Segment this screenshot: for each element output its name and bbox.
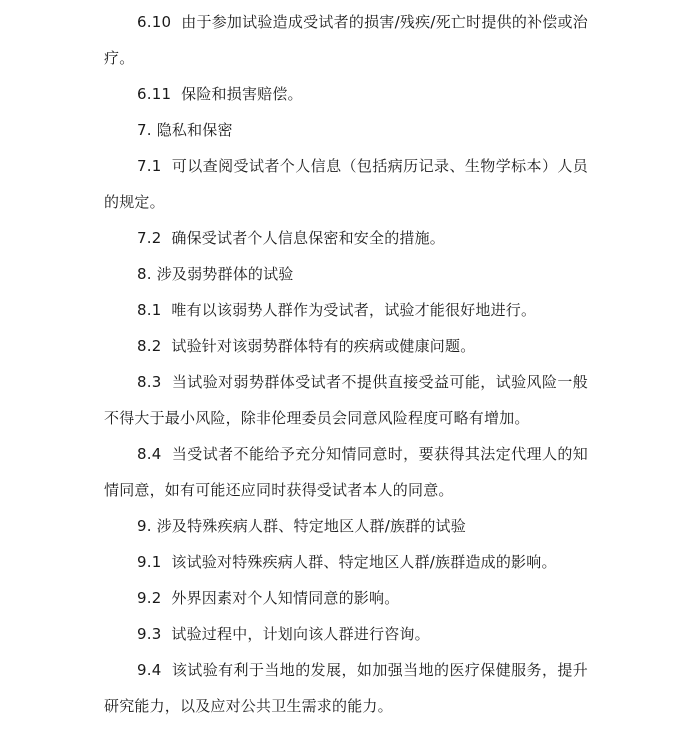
clause-text: 确保受试者个人信息保密和安全的措施。 [171,229,445,247]
clause-text: 该试验对特殊疾病人群、特定地区人群/族群造成的影响。 [171,553,556,571]
clause-number: 9.1 [137,553,161,571]
section-title: 涉及特殊疾病人群、特定地区人群/族群的试验 [157,517,466,535]
clause-8-1: 8.1 唯有以该弱势人群作为受试者，试验才能很好地进行。 [104,292,588,328]
document-page: 6.10 由于参加试验造成受试者的损害/残疾/死亡时提供的补偿或治疗。 6.11… [104,4,588,724]
clause-text: 试验过程中，计划向该人群进行咨询。 [171,625,429,643]
clause-number: 8.4 [137,445,161,463]
clause-7-2: 7.2 确保受试者个人信息保密和安全的措施。 [104,220,588,256]
clause-9-3: 9.3 试验过程中，计划向该人群进行咨询。 [104,616,588,652]
clause-8-3: 8.3 当试验对弱势群体受试者不提供直接受益可能，试验风险一般不得大于最小风险，… [104,364,588,436]
clause-number: 7.2 [137,229,161,247]
clause-7-1: 7.1 可以查阅受试者个人信息（包括病历记录、生物学标本）人员的规定。 [104,148,588,220]
clause-text: 保险和损害赔偿。 [181,85,303,103]
clause-9-4: 9.4 该试验有利于当地的发展，如加强当地的医疗保健服务，提升研究能力，以及应对… [104,652,588,724]
clause-number: 6.11 [137,85,171,103]
clause-8-2: 8.2 试验针对该弱势群体特有的疾病或健康问题。 [104,328,588,364]
clause-9-1: 9.1 该试验对特殊疾病人群、特定地区人群/族群造成的影响。 [104,544,588,580]
clause-number: 9.4 [137,661,161,679]
section-title: 隐私和保密 [157,121,233,139]
clause-9-2: 9.2 外界因素对个人知情同意的影响。 [104,580,588,616]
section-number: 8. [137,265,152,283]
clause-text: 当试验对弱势群体受试者不提供直接受益可能，试验风险一般不得大于最小风险，除非伦理… [104,373,588,427]
clause-text: 唯有以该弱势人群作为受试者，试验才能很好地进行。 [171,301,536,319]
clause-text: 试验针对该弱势群体特有的疾病或健康问题。 [171,337,475,355]
clause-number: 8.1 [137,301,161,319]
clause-number: 6.10 [137,13,171,31]
clause-6-10: 6.10 由于参加试验造成受试者的损害/残疾/死亡时提供的补偿或治疗。 [104,4,588,76]
clause-text: 外界因素对个人知情同意的影响。 [171,589,399,607]
clause-6-11: 6.11 保险和损害赔偿。 [104,76,588,112]
clause-number: 7.1 [137,157,161,175]
section-heading-7: 7. 隐私和保密 [104,112,588,148]
clause-number: 9.3 [137,625,161,643]
clause-8-4: 8.4 当受试者不能给予充分知情同意时，要获得其法定代理人的知情同意，如有可能还… [104,436,588,508]
section-number: 7. [137,121,152,139]
clause-text: 该试验有利于当地的发展，如加强当地的医疗保健服务，提升研究能力，以及应对公共卫生… [104,661,588,715]
clause-text: 由于参加试验造成受试者的损害/残疾/死亡时提供的补偿或治疗。 [104,13,588,67]
clause-number: 8.2 [137,337,161,355]
clause-number: 9.2 [137,589,161,607]
clause-number: 8.3 [137,373,161,391]
section-heading-8: 8. 涉及弱势群体的试验 [104,256,588,292]
clause-text: 可以查阅受试者个人信息（包括病历记录、生物学标本）人员的规定。 [104,157,588,211]
section-number: 9. [137,517,152,535]
clause-text: 当受试者不能给予充分知情同意时，要获得其法定代理人的知情同意，如有可能还应同时获… [104,445,588,499]
section-title: 涉及弱势群体的试验 [157,265,294,283]
section-heading-9: 9. 涉及特殊疾病人群、特定地区人群/族群的试验 [104,508,588,544]
